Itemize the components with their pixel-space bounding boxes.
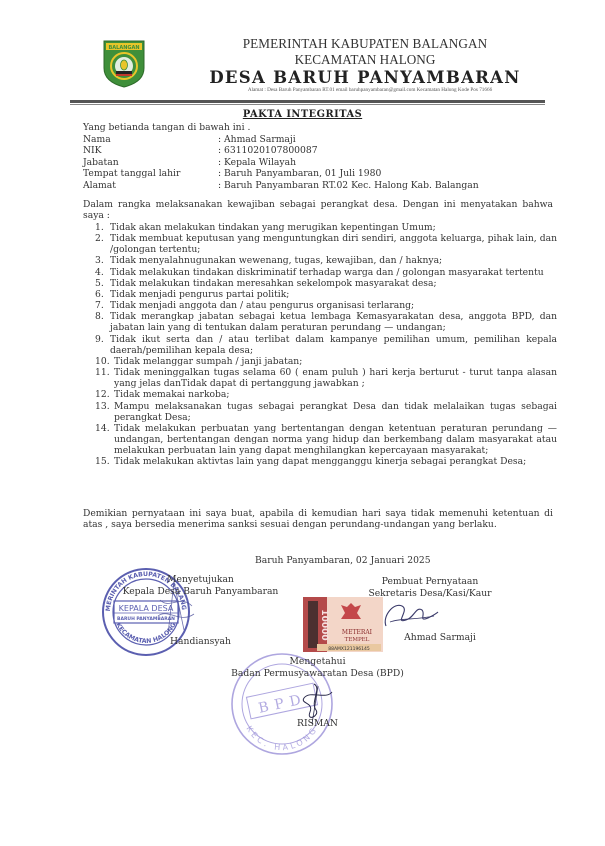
pledge-item: 15.Tidak melakukan aktivtas lain yang da… bbox=[95, 456, 557, 467]
middle-signer-title: Badan Permusyawaratan Desa (BPD) bbox=[215, 668, 420, 679]
middle-signer-name: RISMAN bbox=[215, 718, 420, 729]
svg-text:BPD: BPD bbox=[257, 691, 308, 717]
pledge-number: 2. bbox=[95, 233, 104, 244]
pledge-text: Tidak menjadi pengurus partai politik; bbox=[110, 289, 289, 300]
regency-logo: BALANGAN bbox=[101, 38, 147, 88]
svg-text:BARUH PANYAMBARAN: BARUH PANYAMBARAN bbox=[117, 616, 175, 622]
pledge-text: Tidak melakukan tindakan diskriminatif t… bbox=[110, 267, 544, 278]
header-divider-thin bbox=[70, 104, 545, 105]
pledge-text: Tidak melakukan aktivtas lain yang dapat… bbox=[114, 456, 526, 467]
closing-paragraph: Demikian pernyataan ini saya buat, apabi… bbox=[83, 508, 553, 530]
pledge-item: 11.Tidak meninggalkan tugas selama 60 ( … bbox=[95, 367, 557, 389]
signature-scribble-maker bbox=[380, 596, 440, 632]
pledge-number: 7. bbox=[95, 300, 104, 311]
pledge-text: Tidak merangkap jabatan sebagai ketua le… bbox=[110, 311, 557, 333]
pledge-text: Tidak melanggar sumpah / janji jabatan; bbox=[114, 356, 302, 367]
field-label: Alamat bbox=[83, 180, 116, 191]
pledge-text: Tidak meninggalkan tugas selama 60 ( ena… bbox=[114, 367, 557, 389]
pledge-text: Tidak membuat keputusan yang menguntungk… bbox=[110, 233, 557, 255]
left-signer-role: Menyetujukan bbox=[98, 574, 303, 585]
header-divider bbox=[70, 100, 545, 103]
field-value: : Ahmad Sarmaji bbox=[218, 134, 296, 145]
place-date: Baruh Panyambaran, 02 Januari 2025 bbox=[255, 555, 431, 566]
field-value: : 6311020107800087 bbox=[218, 145, 318, 156]
pledge-number: 4. bbox=[95, 267, 104, 278]
pledge-item: 13.Mampu melaksanakan tugas sebagai pera… bbox=[95, 401, 557, 423]
logo-text: BALANGAN bbox=[108, 45, 139, 51]
pledge-text: Mampu melaksanakan tugas sebagai perangk… bbox=[114, 401, 557, 423]
pledge-number: 14. bbox=[95, 423, 110, 434]
pledge-text: Tidak menyalahnugunakan wewenang, tugas,… bbox=[110, 255, 442, 266]
pledge-list: 1.Tidak akan melakukan tindakan yang mer… bbox=[95, 222, 557, 467]
pledge-number: 15. bbox=[95, 456, 110, 467]
pledge-text: Tidak melakukan tindakan meresahkan seke… bbox=[110, 278, 437, 289]
field-value: : Kepala Wilayah bbox=[218, 157, 296, 168]
svg-text:KEPALA DESA: KEPALA DESA bbox=[119, 604, 174, 613]
field-label: Tempat tanggal lahir bbox=[83, 168, 180, 179]
field-value: : Baruh Panyambaran RT.02 Kec. Halong Ka… bbox=[218, 180, 479, 191]
pledge-text: Tidak melakukan perbuatan yang bertentan… bbox=[114, 423, 557, 456]
pledge-number: 13. bbox=[95, 401, 110, 412]
svg-text:10000: 10000 bbox=[319, 609, 329, 640]
document-title: PAKTA INTEGRITAS bbox=[0, 109, 605, 120]
field-value: : Baruh Panyambaran, 01 Juli 1980 bbox=[218, 168, 381, 179]
field-label: Jabatan bbox=[83, 157, 119, 168]
pledge-item: 4.Tidak melakukan tindakan diskriminatif… bbox=[95, 267, 557, 278]
svg-text:88AMX121196145: 88AMX121196145 bbox=[328, 646, 370, 652]
middle-signer-role: Mengetahui bbox=[215, 656, 420, 667]
left-signer-name: Handiansyah bbox=[98, 636, 303, 647]
field-label: Nama bbox=[83, 134, 111, 145]
meterai-stamp: 10000 METERAI TEMPEL 88AMX121196145 bbox=[303, 597, 383, 652]
header-government: PEMERINTAH KABUPATEN BALANGAN bbox=[150, 36, 580, 52]
pledge-item: 9.Tidak ikut serta dan / atau terlibat d… bbox=[95, 334, 557, 356]
pledge-number: 5. bbox=[95, 278, 104, 289]
svg-text:METERAI: METERAI bbox=[342, 629, 373, 636]
pledge-item: 12.Tidak memakai narkoba; bbox=[95, 389, 557, 400]
pledge-text: Tidak ikut serta dan / atau terlibat dal… bbox=[110, 334, 557, 356]
pledge-number: 11. bbox=[95, 367, 110, 378]
intro-text: Yang betianda tangan di bawah ini . bbox=[83, 122, 250, 133]
pledge-number: 12. bbox=[95, 389, 110, 400]
pledge-number: 8. bbox=[95, 311, 104, 322]
pledge-text: Tidak memakai narkoba; bbox=[114, 389, 230, 400]
pledge-item: 8.Tidak merangkap jabatan sebagai ketua … bbox=[95, 311, 557, 333]
right-signer-role: Pembuat Pernyataan bbox=[360, 576, 500, 587]
right-signer-name: Ahmad Sarmaji bbox=[370, 632, 510, 643]
pledge-text: Tidak akan melakukan tindakan yang merug… bbox=[110, 222, 436, 233]
pledge-item: 2.Tidak membuat keputusan yang menguntun… bbox=[95, 233, 557, 255]
pledge-item: 10.Tidak melanggar sumpah / janji jabata… bbox=[95, 356, 557, 367]
pledge-number: 9. bbox=[95, 334, 104, 345]
statement-intro: Dalam rangka melaksanakan kewajiban seba… bbox=[83, 199, 553, 221]
pledge-item: 14.Tidak melakukan perbuatan yang berten… bbox=[95, 423, 557, 456]
field-label: NIK bbox=[83, 145, 102, 156]
pledge-item: 7.Tidak menjadi anggota dan / atau pengu… bbox=[95, 300, 557, 311]
pledge-item: 5.Tidak melakukan tindakan meresahkan se… bbox=[95, 278, 557, 289]
header-address: Alamat : Desa Baruh Panyambaran RT.01 em… bbox=[150, 87, 590, 93]
pledge-text: Tidak menjadi anggota dan / atau penguru… bbox=[110, 300, 414, 311]
pledge-item: 1.Tidak akan melakukan tindakan yang mer… bbox=[95, 222, 557, 233]
svg-text:TEMPEL: TEMPEL bbox=[345, 637, 370, 643]
pledge-item: 3.Tidak menyalahnugunakan wewenang, tuga… bbox=[95, 255, 557, 266]
header-village: DESA BARUH PANYAMBARAN bbox=[150, 68, 580, 87]
pledge-item: 6.Tidak menjadi pengurus partai politik; bbox=[95, 289, 557, 300]
right-signer-title: Sekretaris Desa/Kasi/Kaur bbox=[360, 588, 500, 599]
left-signer-title: Kepala Desa Baruh Panyambaran bbox=[98, 586, 303, 597]
pledge-number: 3. bbox=[95, 255, 104, 266]
pledge-number: 6. bbox=[95, 289, 104, 300]
header-district: KECAMATAN HALONG bbox=[150, 52, 580, 68]
pledge-number: 10. bbox=[95, 356, 110, 367]
pledge-number: 1. bbox=[95, 222, 104, 233]
